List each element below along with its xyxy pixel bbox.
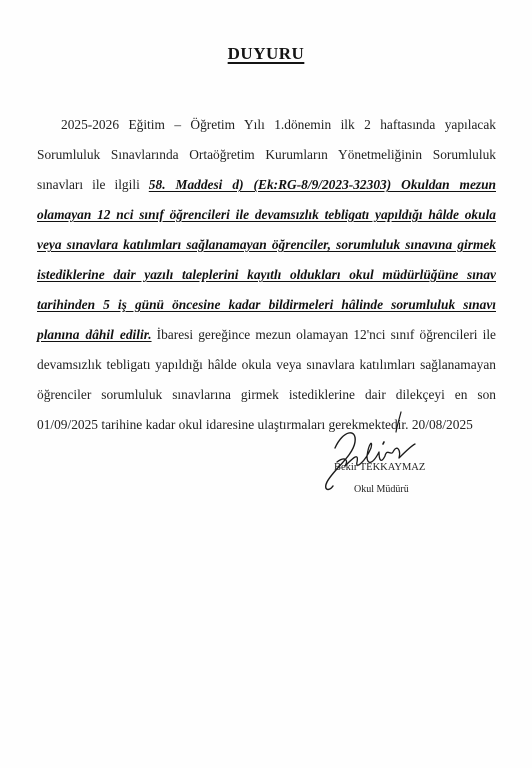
regulation-quote: 58. Maddesi d) (Ek:RG-8/9/2023-32303) Ok… — [37, 177, 496, 342]
announcement-body: 2025-2026 Eğitim – Öğretim Yılı 1.dönemi… — [37, 110, 496, 440]
document-page: DUYURU 2025-2026 Eğitim – Öğretim Yılı 1… — [0, 0, 532, 768]
announcement-title: DUYURU — [0, 44, 532, 64]
handwritten-signature-icon — [315, 400, 435, 495]
signature-block: Bekir TEKKAYMAZ Okul Müdürü — [300, 400, 460, 500]
signatory-title: Okul Müdürü — [354, 484, 409, 495]
signatory-name: Bekir TEKKAYMAZ — [334, 462, 425, 473]
announcement-title-text: DUYURU — [228, 44, 305, 63]
